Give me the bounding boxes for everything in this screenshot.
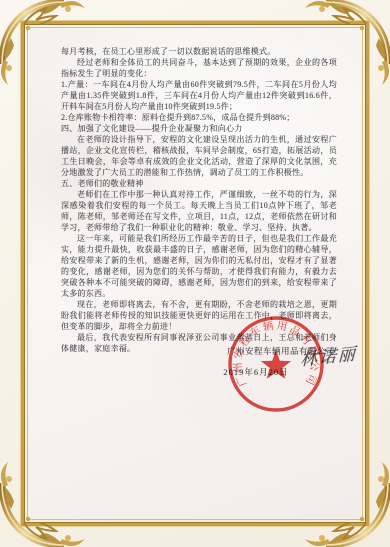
paragraph: 2.仓库账物卡相符率：原料仓提升到87.5%，成品仓提升到88%； [61, 112, 337, 123]
section-heading: 四、加强了文化建设——提升企业凝聚力和向心力 [61, 123, 337, 134]
paragraph: 每月考核，在员工心里形成了一切以数据说话的思维模式。 [61, 46, 337, 57]
paragraph: 老师们在工作中那一种认真对待工作，严谨细致，一丝不苟的行为，深深感染着我们安程的… [61, 189, 337, 233]
frame-corner-ornament-icon [0, 0, 86, 86]
frame-corner-ornament-icon [0, 461, 86, 547]
frame-corner-ornament-icon [304, 0, 390, 86]
scanned-letter-photo: 每月考核，在员工心里形成了一切以数据说话的思维模式。 经过老师和全体员工的共同奋… [0, 0, 390, 547]
paragraph: 这一年来，可能是我们所经历工作最辛苦的日子，但也是我们工作最充实，能力提升最快，… [61, 233, 337, 299]
paragraph: 经过老师和全体员工的共同奋斗，基本达到了预期的效果，企业的各项指标发生了明显的变… [61, 57, 337, 79]
paragraph: 在老师的设计指导下，安程的文化建设呈现出活力的生机，通过安程广播站，企业文化宣传… [61, 134, 337, 178]
frame-corner-ornament-icon [304, 461, 390, 547]
star-icon [261, 350, 291, 379]
letter-paper: 每月考核，在员工心里形成了一切以数据说话的思维模式。 经过老师和全体员工的共同奋… [29, 29, 361, 518]
paragraph: 1.产量：一车间在4月份人均产量由60件突破到79.5件，二车间在5月份人均产量… [61, 79, 337, 112]
company-seal-stamp: 广州安程车辆用品有限公司 [216, 304, 336, 424]
section-heading: 五、老师们的敬业精神 [61, 178, 337, 189]
